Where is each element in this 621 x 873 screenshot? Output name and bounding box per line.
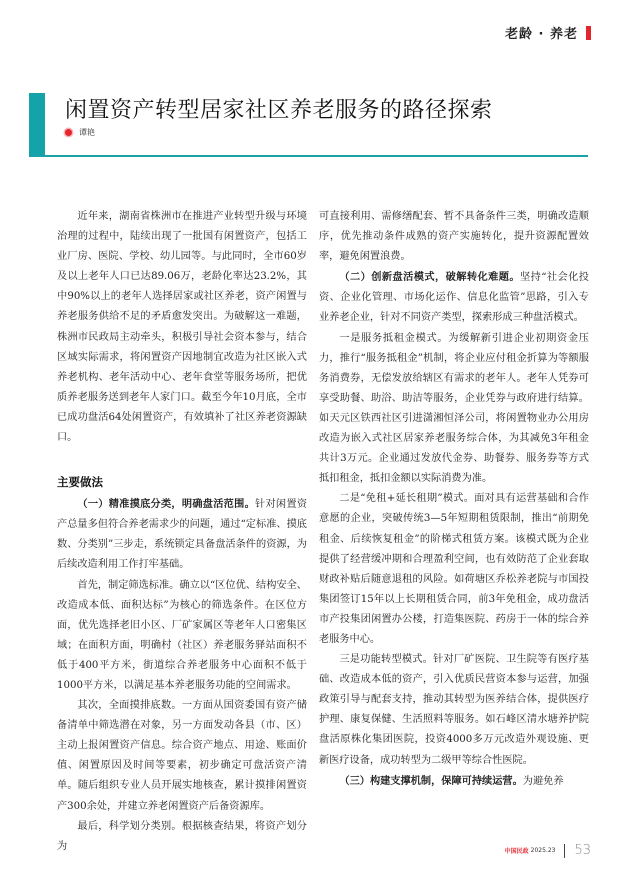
paragraph: 一是服务抵租金模式。为缓解新引进企业初期资金压力，推行“服务抵租金”机制，将企业…: [319, 329, 589, 490]
issue-number: 2025.23: [531, 847, 556, 854]
page-footer: 中国民政 2025.23 53: [505, 843, 591, 858]
paragraph: 首先，制定筛选标准。确立以“区位优、结构安全、改造成本低、面积达标”为核心的筛选…: [57, 576, 307, 697]
right-column: 可直接利用、需修缮配套、暂不具备条件三类，明确改造顺序，优先推动条件成熟的资产实…: [319, 207, 589, 792]
subheading: （三）构建支撑机制，保障可持续运营。: [339, 775, 522, 787]
subheading: （二）创新盘活模式，破解转化难题。: [339, 271, 520, 283]
section-accent-bar: [586, 26, 591, 40]
article-title: 闲置资产转型居家社区养老服务的路径探索: [65, 93, 493, 124]
intro-paragraph: 近年来，湖南省株洲市在推进产业转型升级与环境治理的过程中，陆续出现了一批国有闲置…: [57, 207, 307, 448]
paragraph: （二）创新盘活模式，破解转化难题。坚持“社会化投资、企业化管理、市场化运作、信息…: [319, 267, 589, 328]
paragraph: 二是“免租+延长租期”模式。面对具有运营基础和合作意愿的企业，突破传统3—5年短…: [319, 489, 589, 650]
paragraph: （一）精准摸底分类，明确盘活范围。针对闲置资产总量多但符合养老需求少的问题，通过…: [57, 494, 307, 575]
title-accent-bar: [29, 93, 45, 155]
left-column: 近年来，湖南省株洲市在推进产业转型升级与环境治理的过程中，陆续出现了一批国有闲置…: [57, 207, 307, 857]
paragraph: 可直接利用、需修缮配套、暂不具备条件三类，明确改造顺序，优先推动条件成熟的资产实…: [319, 207, 589, 267]
author-dot-icon: [65, 129, 72, 136]
author-line: 谭艳: [65, 127, 95, 138]
page-number: 53: [574, 843, 591, 858]
paragraph: 三是功能转型模式。针对厂矿医院、卫生院等有医疗基础、改造成本低的资产，引入优质民…: [319, 650, 589, 771]
section-label: 老龄 · 养老: [505, 23, 578, 42]
magazine-name: 中国民政: [505, 846, 529, 855]
paragraph: 其次，全面摸排底数。一方面从国资委国有资产储备清单中筛选潜在对象，另一方面发动各…: [57, 696, 307, 817]
subheading: （一）精准摸底分类，明确盘活范围。: [77, 498, 255, 510]
section-heading: 主要做法: [57, 470, 307, 494]
section-tag: 老龄 · 养老: [505, 23, 591, 42]
paragraph: 最后，科学划分类别。根据核查结果，将资产划分为: [57, 817, 307, 857]
paragraph: （三）构建支撑机制，保障可持续运营。为避免养: [319, 771, 589, 792]
paragraph-text: 为避免养: [523, 776, 564, 787]
author-name: 谭艳: [79, 127, 95, 138]
article-header: 闲置资产转型居家社区养老服务的路径探索 谭艳: [29, 93, 588, 157]
footer-divider: [564, 844, 565, 858]
